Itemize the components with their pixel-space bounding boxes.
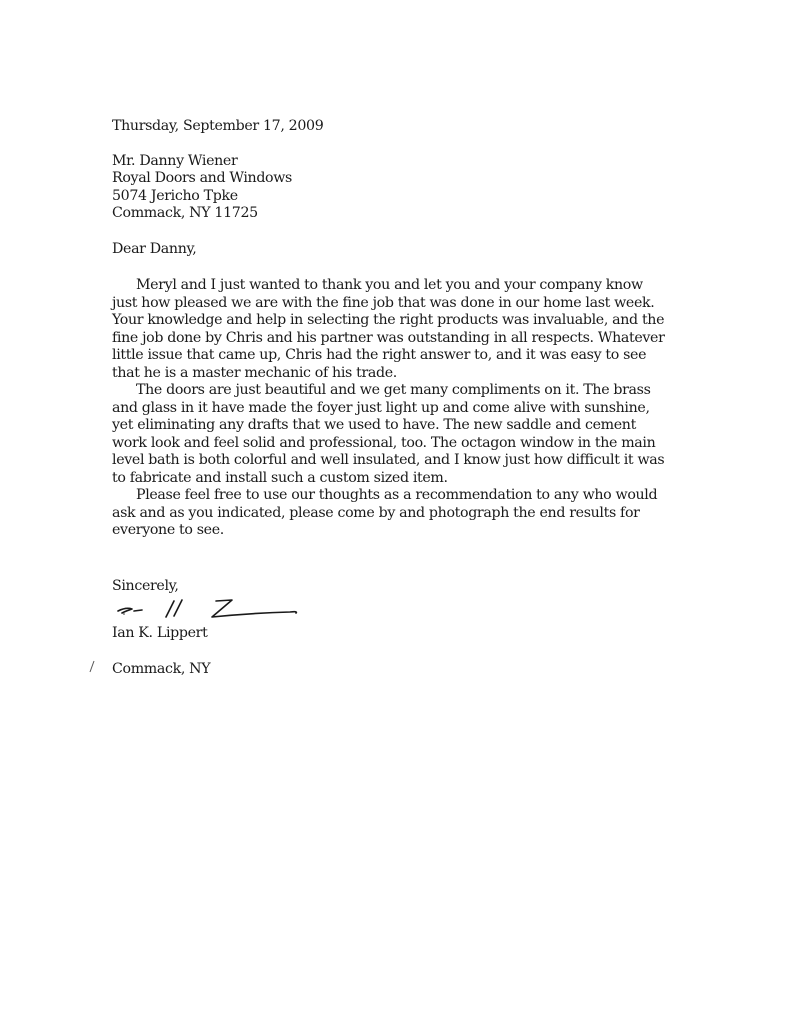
body-paragraph: The doors are just beautiful and we get … bbox=[112, 382, 672, 487]
body-paragraph: Meryl and I just wanted to thank you and… bbox=[112, 277, 672, 382]
salutation: Dear Danny, bbox=[112, 241, 672, 259]
recipient-street: 5074 Jericho Tpke bbox=[112, 188, 672, 206]
recipient-address: Mr. Danny Wiener Royal Doors and Windows… bbox=[112, 153, 672, 223]
signer-name: Ian K. Lippert bbox=[112, 625, 672, 643]
body-paragraph: Please feel free to use our thoughts as … bbox=[112, 487, 672, 540]
letter: Thursday, September 17, 2009 Mr. Danny W… bbox=[112, 118, 672, 678]
recipient-city-state-zip: Commack, NY 11725 bbox=[112, 205, 672, 223]
letter-body: Meryl and I just wanted to thank you and… bbox=[112, 277, 672, 540]
handwritten-signature-icon bbox=[112, 589, 352, 623]
signature-icon bbox=[112, 595, 352, 625]
stray-pen-mark-icon bbox=[88, 660, 96, 674]
letter-date: Thursday, September 17, 2009 bbox=[112, 118, 672, 136]
recipient-company: Royal Doors and Windows bbox=[112, 170, 672, 188]
signer-city: Commack, NY bbox=[112, 661, 672, 679]
recipient-name: Mr. Danny Wiener bbox=[112, 153, 672, 171]
